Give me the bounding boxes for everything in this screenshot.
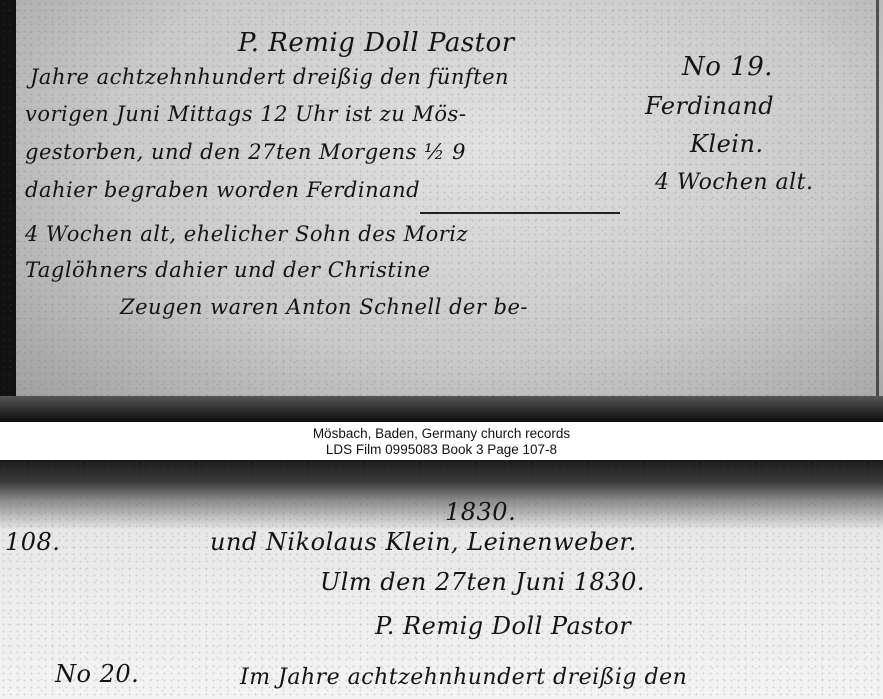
page-number: 108. bbox=[5, 528, 60, 556]
record-line: gestorben, und den 27ten Morgens ½ 9 bbox=[25, 140, 466, 164]
heading-signature: P. Remig Doll Pastor bbox=[238, 28, 515, 58]
record-line: und Nikolaus Klein, Leinenweber. bbox=[210, 528, 637, 556]
entry-number: No 20. bbox=[55, 660, 139, 688]
entry-number: No 19. bbox=[682, 52, 773, 82]
caption-line-1: Mösbach, Baden, Germany church records bbox=[0, 426, 883, 442]
name-underline bbox=[420, 212, 620, 214]
record-line: Jahre achtzehnhundert dreißig den fünfte… bbox=[30, 65, 509, 89]
binding-edge bbox=[0, 0, 16, 422]
signature-line: P. Remig Doll Pastor bbox=[375, 612, 631, 640]
record-line: 4 Wochen alt, ehelicher Sohn des Moriz bbox=[25, 222, 468, 246]
page-edge bbox=[876, 0, 879, 400]
bottom-document-scan: 1830. 108. und Nikolaus Klein, Leinenweb… bbox=[0, 460, 883, 699]
record-line: Taglöhners dahier und der Christine bbox=[25, 258, 431, 282]
record-line: Zeugen waren Anton Schnell der be- bbox=[120, 295, 528, 319]
scan-caption: Mösbach, Baden, Germany church records L… bbox=[0, 422, 883, 460]
margin-age: 4 Wochen alt. bbox=[655, 170, 814, 195]
record-line: vorigen Juni Mittags 12 Uhr ist zu Mös- bbox=[25, 102, 466, 126]
margin-name-first: Ferdinand bbox=[645, 92, 774, 120]
scan-shadow bbox=[0, 396, 883, 422]
record-line: dahier begraben worden Ferdinand bbox=[25, 178, 420, 202]
record-line: Ulm den 27ten Juni 1830. bbox=[320, 568, 645, 596]
year-heading: 1830. bbox=[445, 498, 516, 526]
record-line: Im Jahre achtzehnhundert dreißig den bbox=[240, 665, 687, 690]
caption-line-2: LDS Film 0995083 Book 3 Page 107-8 bbox=[0, 442, 883, 458]
top-document-scan: P. Remig Doll Pastor No 19. Ferdinand Kl… bbox=[0, 0, 883, 422]
margin-name-last: Klein. bbox=[690, 130, 764, 158]
